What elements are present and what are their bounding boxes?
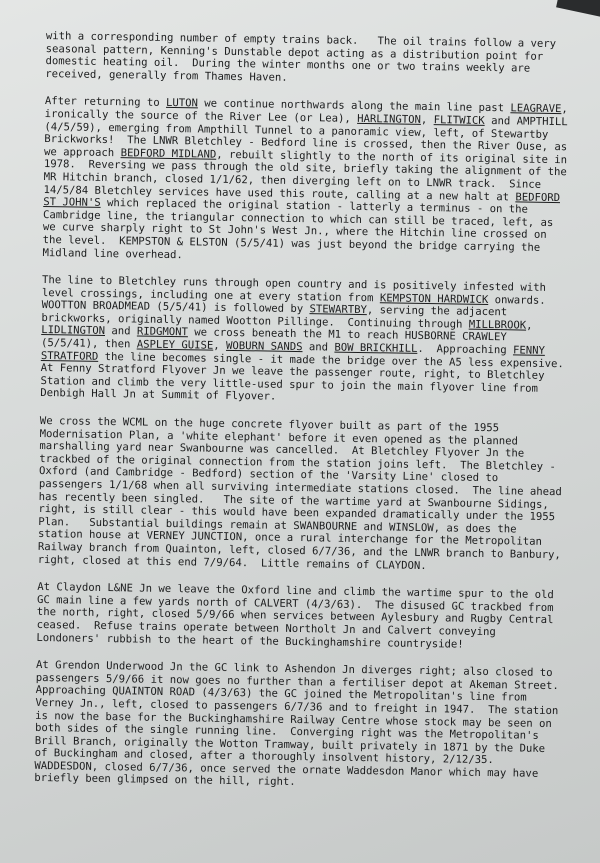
text-run: Denbigh Hall Jn at Summit of Flyover. [40,387,276,403]
text-run: After returning to [45,95,166,109]
station-name: RIDGMONT [137,326,188,339]
station-name: HARLINGTON [357,113,421,126]
station-name: FENNY [513,344,545,356]
station-name: STRATFORD [41,350,99,363]
station-name: LIDLINGTON [41,324,105,337]
station-name: STEWARTBY [309,303,367,316]
text-run: we approach [44,146,121,159]
text-run: (5/5/41), then [41,337,137,351]
text-run: and AMPTHILL [485,115,568,128]
text-run: Midland line overhead. [42,246,182,260]
text-run: , [213,340,226,352]
station-name: ST JOHN'S [43,196,101,209]
text-run: . Approaching [417,343,513,357]
station-name: BEDFORD MIDLAND [121,147,217,161]
text-run: received, generally from Thames Haven. [45,68,288,84]
paragraph: We cross the WCML on the huge concrete f… [38,415,560,574]
text-run: , [421,114,434,126]
text-run: , [561,103,568,115]
station-name: MILLBROOK [469,319,527,332]
station-name: BEDFORD [515,191,560,204]
station-name: WOBURN SANDS [226,340,303,353]
text-run: onwards. [488,294,546,307]
station-name: BOW BRICKHILL [334,342,417,355]
paragraph: At Grendon Underwood Jn the GC link to A… [34,659,556,793]
station-name: FLITWICK [434,114,485,127]
paragraph: At Claydon L&NE Jn we leave the Oxford l… [36,581,557,652]
text-run: and [302,341,334,353]
document-page: with a corresponding number of empty tra… [34,30,566,808]
page-corner-shadow [556,0,600,22]
text-run: and [105,325,137,337]
station-name: ASPLEY GUISE [137,339,214,352]
station-name: KEMPSTON HARDWICK [380,292,489,306]
text-run: , [526,319,533,331]
paragraph: The line to Bletchley runs through open … [40,274,562,408]
station-name: LUTON [166,97,198,109]
paragraph: After returning to LUTON we continue nor… [42,95,565,267]
paragraph: with a corresponding number of empty tra… [45,30,566,89]
station-name: LEAGRAVE [510,103,561,116]
